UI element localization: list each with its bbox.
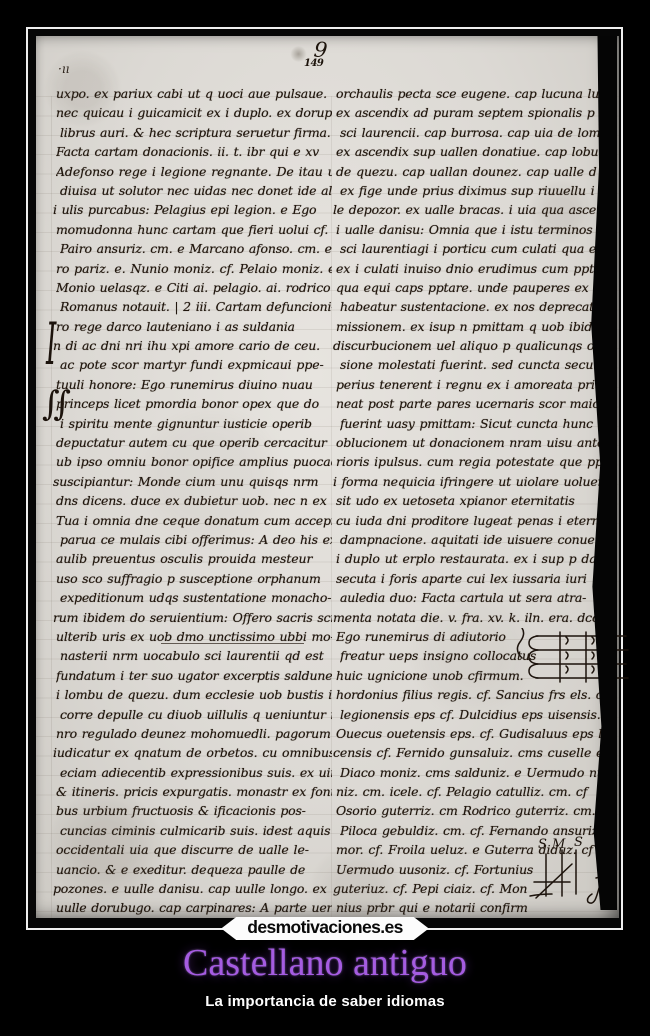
manuscript-text-line: i duplo ut erplo restaurata. ex i sup p …: [336, 549, 608, 568]
manuscript-text-line: neat post parte pares ucernaris scor mai…: [336, 394, 608, 413]
manuscript-text-line: ex ascendix ad puram septem spionalis p …: [336, 103, 608, 122]
manuscript-text-line: i ualle danisu: Omnia que i istu termino…: [336, 220, 608, 239]
manuscript-text-line: uulle dorubugo. cap carpinares: A parte …: [56, 898, 332, 917]
manuscript-text-line: parua ce mulais cibi offerimus: A deo hi…: [60, 530, 332, 549]
manuscript-text-line: fuerint uasy pmittam: Sicut cuncta hunc: [340, 414, 608, 433]
manuscript-text-line: sit udo ex uetoseta xpianor eternitatis: [336, 491, 608, 510]
manuscript-text-line: suscipiantur: Monde cium unu quisqs nrm: [53, 472, 332, 491]
manuscript-text-line: Monio uelasqz. e Citi ai. pelagio. ai. r…: [56, 278, 332, 297]
folio-number: 149: [304, 58, 323, 69]
manuscript-text-line: censis cf. Fernido gunsaluiz. cms cusell…: [333, 743, 608, 762]
manuscript-text-line: nasterii nrm uocabulo sci laurentii qd e…: [60, 646, 332, 665]
manuscript-text-line: pozones. e uulle danisu. cap uulle longo…: [53, 879, 332, 898]
poster-subtitle: La importancia de saber idiomas: [0, 993, 650, 1010]
manuscript-text-line: diuisa ut solutor nec uidas nec donet id…: [60, 181, 332, 200]
manuscript-text-line: sione molestati fuerint. sed cuncta secu…: [340, 355, 608, 374]
manuscript-text-line: eciam adiecentib expressionibus suis. ex…: [60, 763, 332, 782]
manuscript-text-line: niz. cm. icele. cf. Pelagio catulliz. cm…: [336, 782, 608, 801]
photo-frame: ·ıı 9 149 I ∬ uxpo. ex pariux cabi ut q …: [26, 27, 623, 930]
manuscript-text-line: rioris ipulsus. cum regia potestate que …: [336, 452, 608, 471]
manuscript-text-line: fundatum i ter suo ugator excerptis sald…: [56, 666, 332, 685]
manuscript-text-line: nro regulado deunez mohomuedli. pagorum: [56, 724, 332, 743]
manuscript-text-line: cuncias ciminis culmicarib suis. idest a…: [60, 821, 332, 840]
manuscript-text-line: qua equi caps pptare. unde pauperes ex s…: [336, 278, 608, 297]
manuscript-text-line: n di ac dni nri ihu xpi amore cario de c…: [53, 336, 332, 355]
svg-text:S: S: [574, 835, 583, 850]
manuscript-text-line: i forma nequicia ifringere ut uiolare uo…: [333, 472, 608, 491]
manuscript-text-line: & itineris. pricis expurgatis. monastr e…: [56, 782, 332, 801]
manuscript-right-column: orchaulis pecta sce eugene. cap lucuna l…: [336, 84, 608, 918]
manuscript-text-line: orchaulis pecta sce eugene. cap lucuna l…: [336, 84, 608, 103]
manuscript-text-line: occidentali uia que discurre de ualle le…: [56, 840, 332, 859]
manuscript-text-line: i lombu de quezu. dum ecclesie uob busti…: [56, 685, 332, 704]
manuscript-text-line: depuctatur autem cu que operib cercacitu…: [56, 433, 332, 452]
manuscript-text-line: ulterib uris ex uob dmo unctissimo ubbi …: [56, 627, 332, 646]
manuscript-text-line: corre depulle cu diuob uillulis q ueniun…: [60, 705, 332, 724]
manuscript-text-line: ex i culati inuiso dnio erudimus cum ppt…: [336, 259, 608, 278]
manuscript-text-line: bus urbium fructuosis & ificacionis pos-: [56, 801, 332, 820]
manuscript-text-line: Diaco moniz. cms salduniz. e Uermudo nun…: [340, 763, 608, 782]
manuscript-text-line: ro rege darco lauteniano i as suldania: [56, 317, 332, 336]
manuscript-text-line: momudonna hunc cartam que fieri uolui cf…: [56, 220, 332, 239]
manuscript-text-line: princeps licet pmordia bonor opex que do: [56, 394, 332, 413]
manuscript-text-line: Facta cartam donacionis. ii. t. ibr qui …: [56, 142, 332, 161]
manuscript-text-line: nec quicau i guicamicit ex i duplo. ex d…: [56, 103, 332, 122]
manuscript-page-photo: ·ıı 9 149 I ∬ uxpo. ex pariux cabi ut q …: [36, 36, 619, 918]
manuscript-text-line: legionensis eps cf. Dulcidius eps uisens…: [340, 705, 608, 724]
demotivational-poster: ·ıı 9 149 I ∬ uxpo. ex pariux cabi ut q …: [0, 0, 650, 1036]
manuscript-text-line: de quezu. cap uallan dounez. cap ualle d…: [336, 162, 608, 181]
manuscript-text-line: Ouecus ouetensis eps. cf. Gudisaluus eps…: [336, 724, 608, 743]
poster-title: Castellano antiguo: [0, 941, 650, 985]
manuscript-text-line: discurbucionem uel aliquo p qualicunqs o…: [333, 336, 608, 355]
manuscript-text-line: dns dicens. duce ex dubietur uob. nec n …: [56, 491, 332, 510]
manuscript-text-line: Romanus notauit. | 2 iii. Cartam defunci…: [60, 297, 332, 316]
manuscript-text-line: tuuli honore: Ego runemirus diuino nuau: [56, 375, 332, 394]
manuscript-text-line: oblucionem ut donacionem nram uisu ante-: [336, 433, 608, 452]
manuscript-text-line: uso sco suffragio p susceptione orphanum: [56, 569, 332, 588]
manuscript-text-line: Tua i omnia dne ceque donatum cum accepi…: [56, 511, 332, 530]
manuscript-text-line: expeditionum udqs sustentatione monacho-: [60, 588, 332, 607]
manuscript-text-line: aulib preuentus osculis prouida mesteur: [56, 549, 332, 568]
manuscript-text-line: habeatur sustentacione. ex nos deprecati…: [340, 297, 608, 316]
manuscript-text-line: menta notata die. v. fra. xv. k. iln. er…: [333, 608, 608, 627]
manuscript-text-line: Pairo ansuriz. cm. e Marcano afonso. cm.…: [60, 239, 332, 258]
manuscript-text-line: uancio. & e exeditur. dequeza paulle de: [56, 860, 332, 879]
manuscript-text-line: perius tenerent i regnu ex i amoreata pr…: [336, 375, 608, 394]
margin-marks: ·ıı: [58, 62, 70, 76]
manuscript-text-line: auledia duo: Facta cartula ut sera atra-: [340, 588, 608, 607]
manuscript-text-line: missionem. ex isup n pmittam q uob ibide…: [336, 317, 608, 336]
manuscript-text-line: Osorio guterriz. cm Rodrico guterriz. cm…: [336, 801, 608, 820]
manuscript-text-line: ro pariz. e. Nunio moniz. cf. Pelaio mon…: [56, 259, 332, 278]
manuscript-left-column: uxpo. ex pariux cabi ut q uoci aue pulsa…: [56, 84, 332, 918]
manuscript-text-line: librus auri. & hec scriptura seruetur fi…: [60, 123, 332, 142]
manuscript-text-line: secuta i foris aparte cui lex iussaria i…: [336, 569, 608, 588]
svg-text:S: S: [538, 837, 547, 852]
manuscript-text-line: ex fige unde prius diximus sup riuuellu …: [340, 181, 608, 200]
manuscript-text-line: iudicatur ex qnatum de orbetos. cu omnib…: [53, 743, 332, 762]
svg-text:M: M: [551, 837, 566, 852]
manuscript-text-line: ac pote scor martyr fundi expmicaui ppe-: [60, 355, 332, 374]
manuscript-text-line: sci laurencii. cap burrosa. cap uia de l…: [340, 123, 608, 142]
manuscript-text-line: rum ibidem do seruientium: Offero sacris…: [53, 608, 332, 627]
manuscript-text-line: i spiritu mente gignuntur iusticie operi…: [60, 414, 332, 433]
manuscript-text-line: sci laurentiagi i porticu cum culati qua…: [340, 239, 608, 258]
folio-mark: 9 149: [288, 40, 348, 90]
manuscript-text-line: le depozor. ex ualle bracas. i uia qua a…: [333, 200, 608, 219]
manuscript-text-line: Adefonso rege i legione regnante. De ita…: [56, 162, 332, 181]
manuscript-text-line: ex ascendix sup uallen donatiue. cap lob…: [336, 142, 608, 161]
manuscript-text-line: dampnacione. aquitati ide uisuere conuen…: [340, 530, 608, 549]
manuscript-text-line: uxpo. ex pariux cabi ut q uoci aue pulsa…: [56, 84, 332, 103]
manuscript-text-line: i ulis purcabus: Pelagius epi legion. e …: [53, 200, 332, 219]
manuscript-text-line: ub ipso omniu bonor opifice amplius puoc…: [56, 452, 332, 471]
manuscript-text-line: cu iuda dni proditore lugeat penas i ete…: [336, 511, 608, 530]
watermark-ribbon: desmotivaciones.es: [221, 917, 429, 940]
